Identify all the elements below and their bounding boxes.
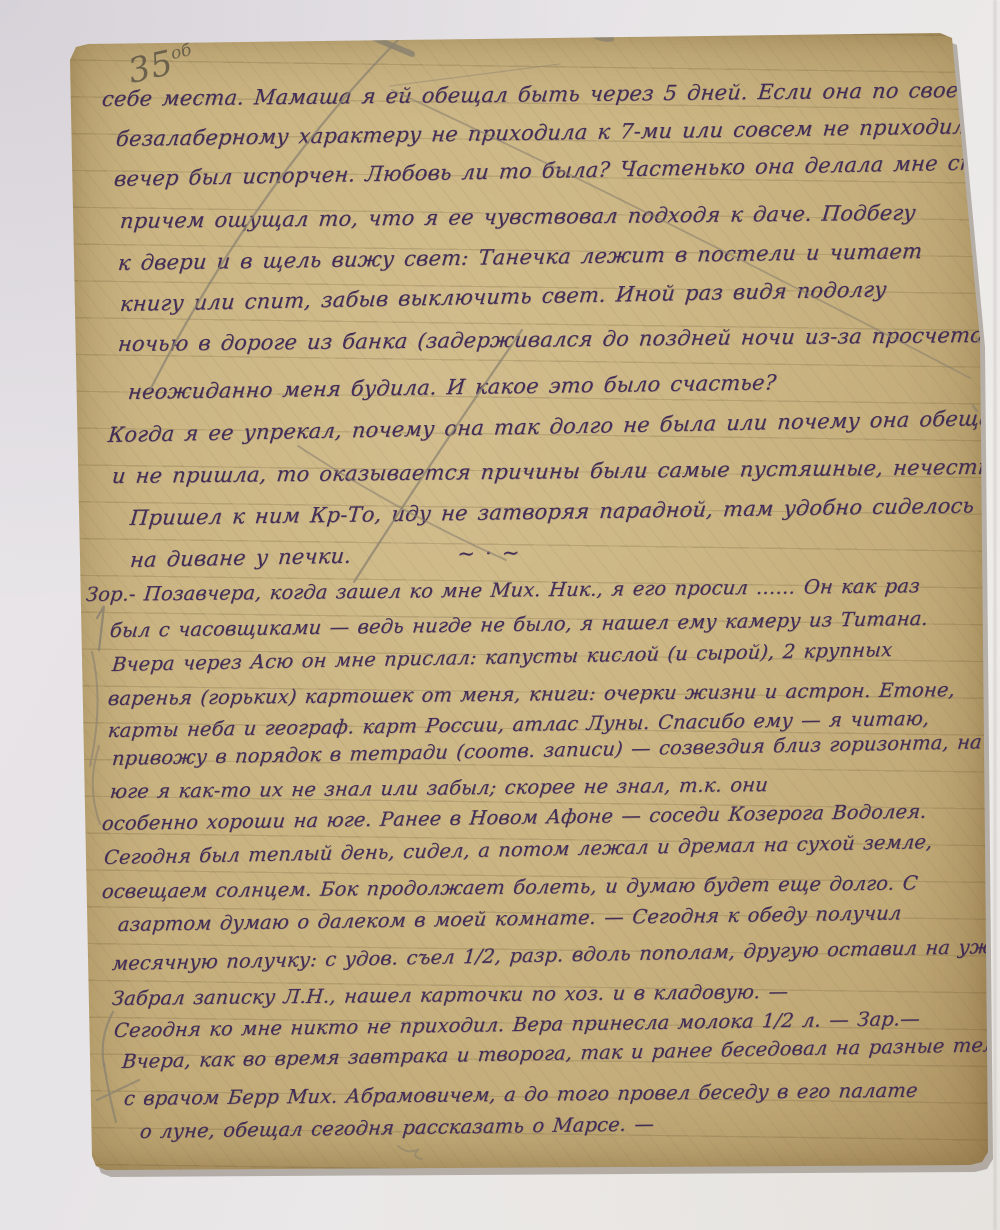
handwritten-line: вечер был испорчен. Любовь ли то была? Ч… [113, 150, 1000, 191]
handwritten-line: безалаберному характеру не приходила к 7… [115, 114, 1000, 151]
handwritten-line: ночью в дороге из банка (задерживался до… [117, 324, 1000, 356]
handwritten-line: был с часовщиками — ведь нигде не было, … [109, 608, 929, 642]
photograph-of-diary-page: 35об себе места. Мамаша я ей обещал быть… [0, 0, 1000, 1230]
manuscript-page: 35об себе места. Мамаша я ей обещал быть… [0, 0, 1000, 1230]
handwritten-line: особенно хороши на юге. Ранее в Новом Аф… [101, 801, 927, 835]
handwritten-line: освещаем солнцем. Бок продолжает болеть,… [101, 872, 919, 902]
handwritten-line: и не пришла, то оказывается причины были… [111, 455, 1000, 488]
backdrop-crease [994, 0, 996, 1230]
handwritten-line: азартом думаю о далеком в моей комнате. … [117, 902, 902, 935]
handwritten-line: месячную получку: с удов. съел 1/2, разр… [111, 936, 1000, 975]
handwritten-line: на диване у печки. ~ · ~ [129, 542, 521, 573]
handwritten-line: с врачом Берр Мих. Абрамовичем, а до тог… [123, 1080, 919, 1110]
handwritten-line: Сегодня был теплый день, сидел, а потом … [103, 831, 933, 868]
handwritten-line: юге я как-то их не знал или забыл; скоре… [109, 774, 769, 802]
handwritten-line: к двери и в щель вижу свет: Танечка лежи… [117, 240, 923, 275]
handwritten-line: Пришел к ним Кр-То, иду не затворяя пара… [129, 494, 975, 530]
handwritten-line: книгу или спит, забыв выключить свет. Ин… [119, 278, 888, 316]
handwritten-line: Забрал записку Л.Н., нашел карточки по х… [111, 981, 789, 1010]
handwritten-line: Когда я ее упрекал, почему она так долго… [107, 406, 1000, 447]
handwritten-line: Зор.- Позавчера, когда зашел ко мне Мих.… [85, 575, 921, 605]
handwriting-block: себе места. Мамаша я ей обещал быть чере… [0, 0, 1000, 1230]
handwritten-line: варенья (горьких) картошек от меня, книг… [107, 679, 956, 709]
handwritten-line: причем ощущал то, что я ее чувствовал по… [119, 202, 917, 233]
handwritten-line: о луне, обещал сегодня рассказать о Марс… [139, 1113, 655, 1142]
handwritten-line: Вчера через Асю он мне прислал: капусты … [111, 639, 893, 675]
handwritten-line: неожиданно меня будила. И какое это было… [127, 371, 777, 404]
handwritten-line: себе места. Мамаша я ей обещал быть чере… [101, 79, 990, 111]
